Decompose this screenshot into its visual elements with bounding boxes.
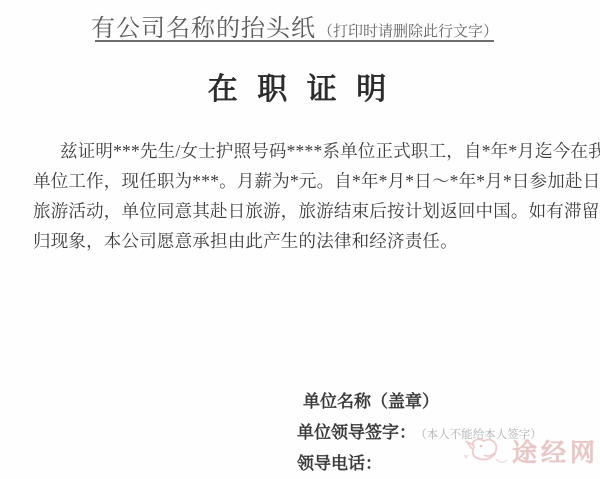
body-line: 旅游活动，单位同意其赴日旅游，旅游结束后按计划返回中国。如有滞留不 — [33, 196, 567, 226]
letterhead: 有公司名称的抬头纸 （打印时请删除此行文字） — [95, 8, 494, 42]
certificate-body: 兹证明***先生/女士护照号码****系单位正式职工，自*年*月迄今在我 单位工… — [33, 136, 567, 256]
signature-block: 单位名称（盖章） 单位领导签字：（本人不能给本人签字） 领导电话： — [297, 386, 597, 479]
company-name-row: 单位名称（盖章） — [297, 386, 597, 417]
certificate-title: 在 职 证 明 — [0, 64, 600, 108]
letterhead-note: （打印时请删除此行文字） — [318, 20, 498, 41]
leader-phone-label: 领导电话： — [297, 454, 382, 473]
company-name-label: 单位名称（盖章） — [303, 392, 439, 411]
document-page: 有公司名称的抬头纸 （打印时请删除此行文字） 在 职 证 明 兹证明***先生/… — [0, 0, 600, 479]
body-line: 归现象，本公司愿意承担由此产生的法律和经济责任。 — [33, 226, 567, 256]
leader-phone-row: 领导电话： — [297, 448, 597, 479]
leader-signature-label: 单位领导签字： — [297, 423, 416, 442]
leader-signature-note: （本人不能给本人签字） — [421, 429, 542, 441]
letterhead-text: 有公司名称的抬头纸 — [91, 8, 316, 43]
leader-signature-row: 单位领导签字：（本人不能给本人签字） — [297, 417, 597, 448]
body-line: 单位工作，现任职为***。月薪为*元。自*年*月*日～*年*月*日参加赴日本 — [33, 166, 567, 196]
body-line: 兹证明***先生/女士护照号码****系单位正式职工，自*年*月迄今在我 — [33, 136, 567, 166]
